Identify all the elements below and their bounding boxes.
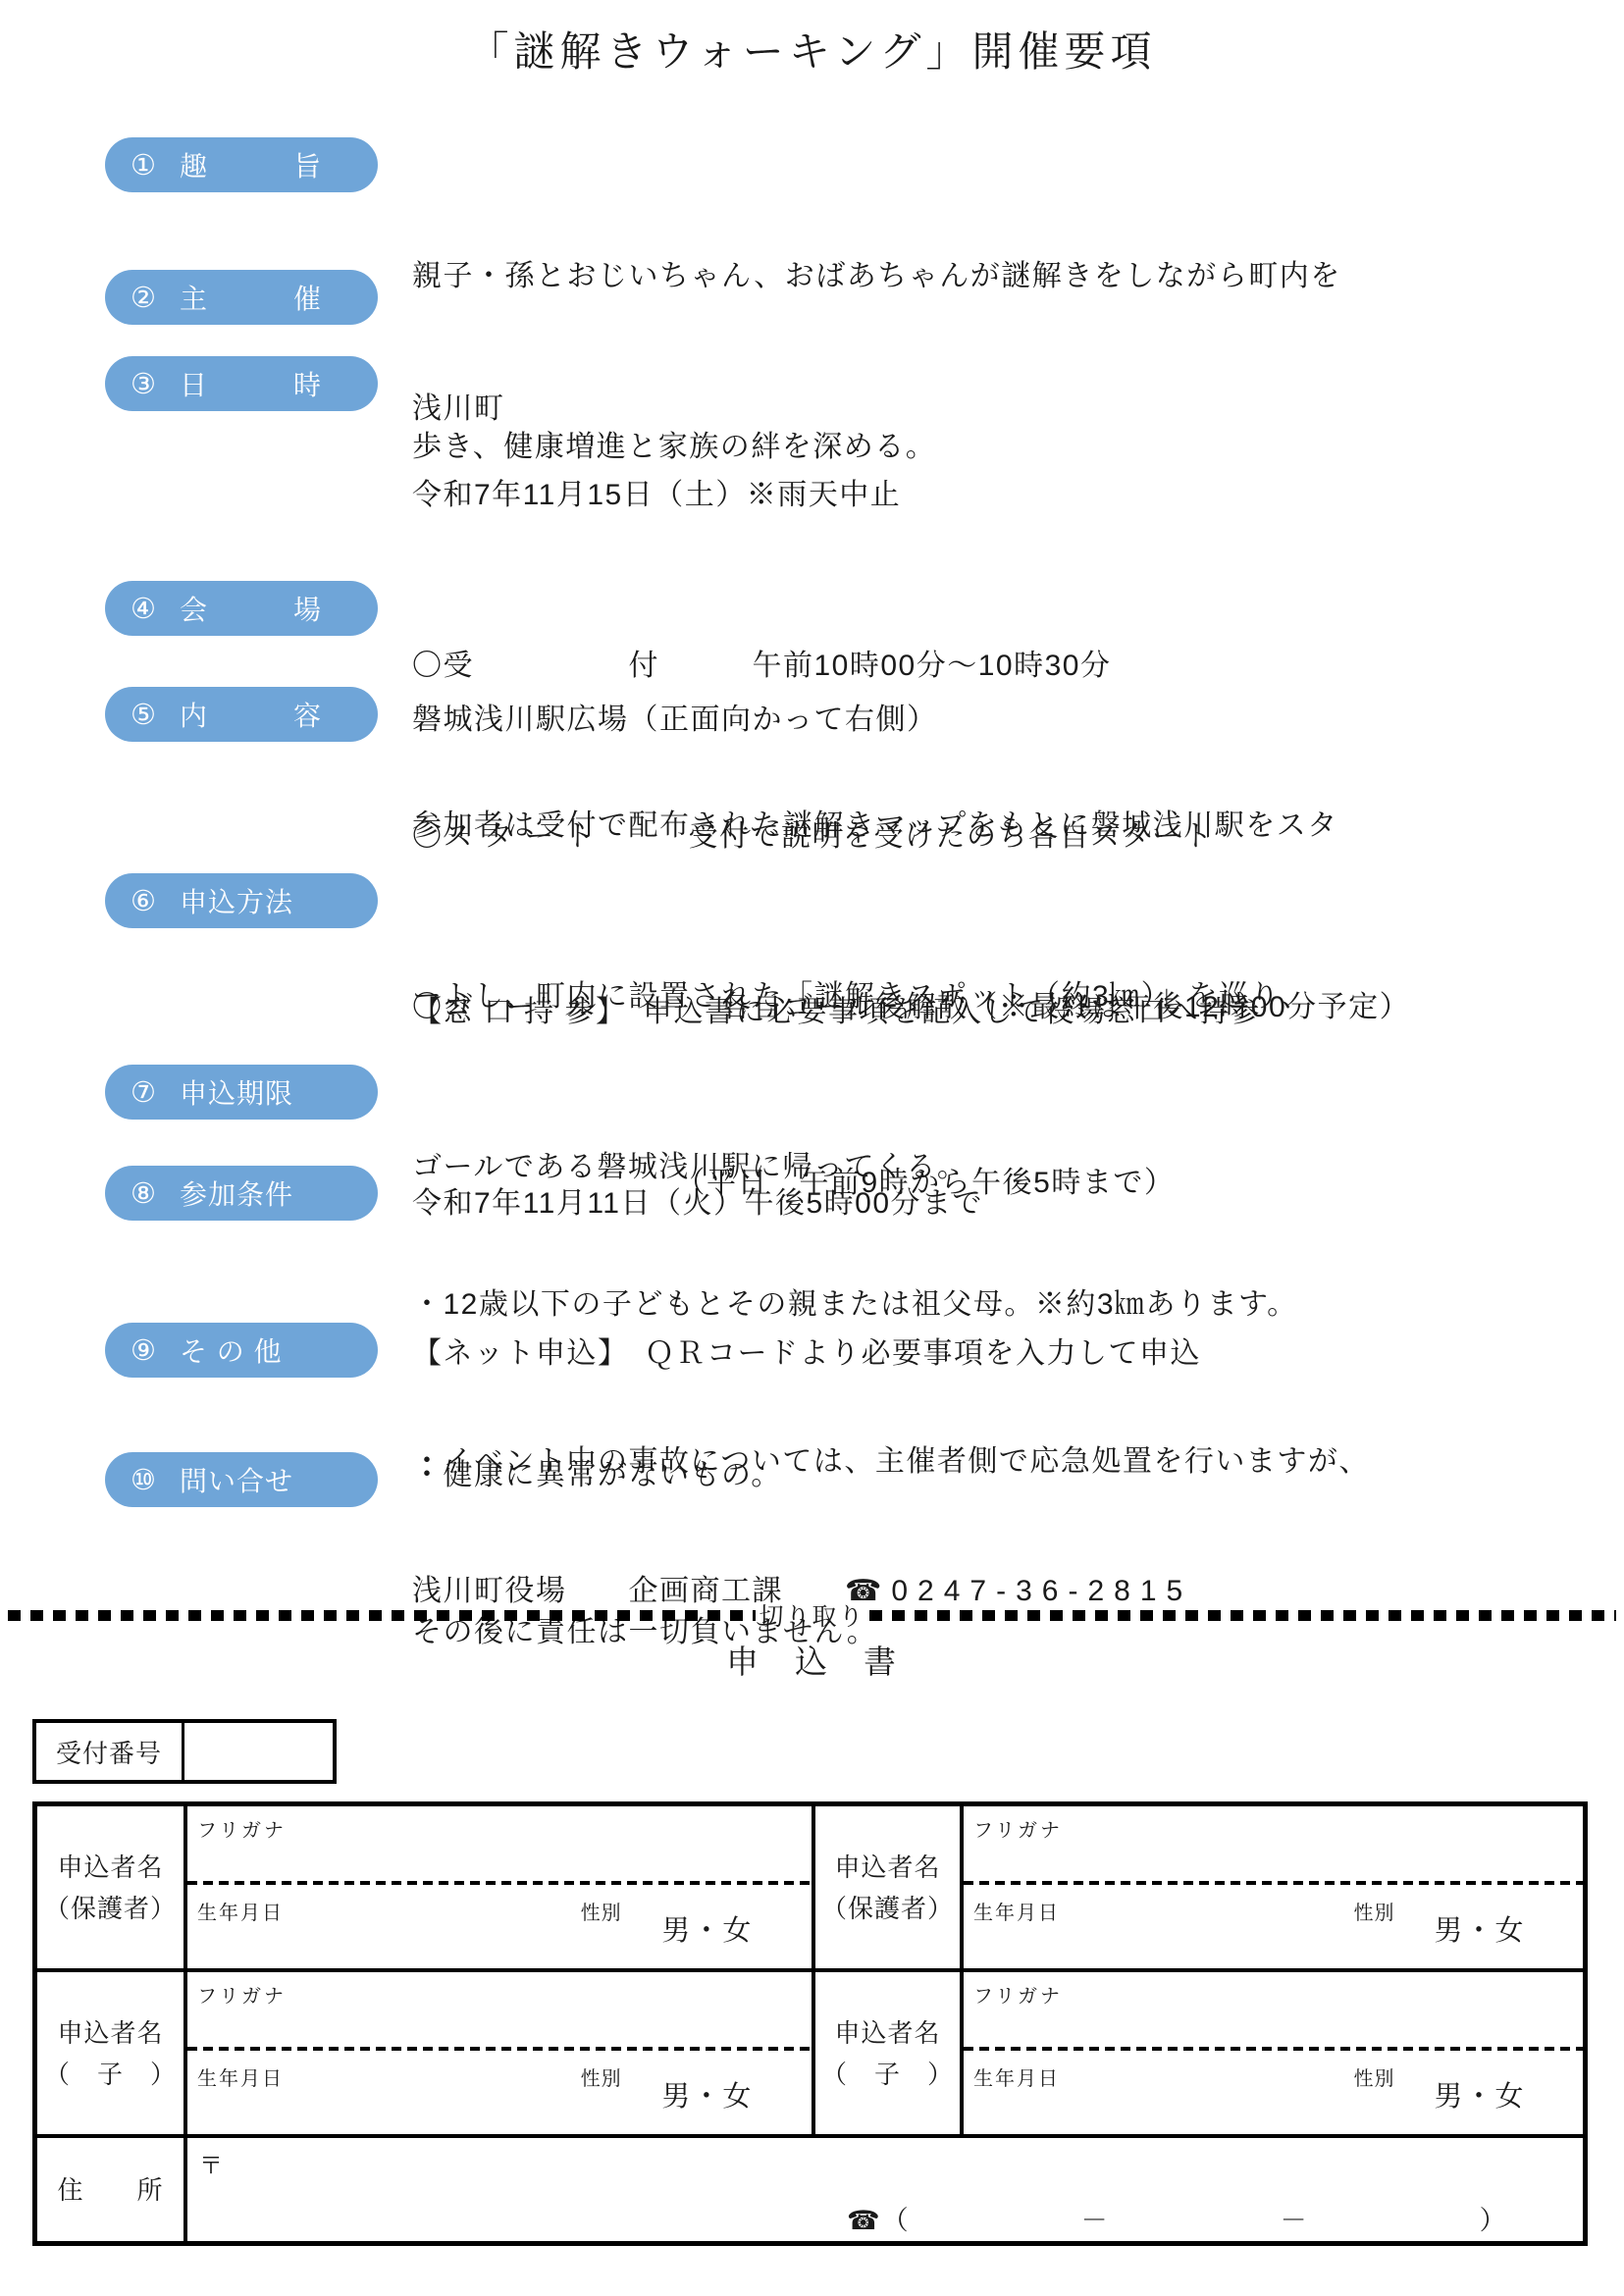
applicant-child-label-right: 申込者名 （ 子 ） <box>812 1968 960 2134</box>
item-3-number: ③ <box>131 367 156 401</box>
item-5-pill: ⑤ 内 容 <box>105 687 378 742</box>
item-10-heading: 問い合せ <box>180 1460 293 1499</box>
page-title: 「謎解きウォーキング」開催要項 <box>0 20 1624 78</box>
cut-line: 切り取り <box>8 1597 1616 1633</box>
item-10-pill: ⑩ 問い合せ <box>105 1452 378 1507</box>
item-4-heading: 会 場 <box>180 589 322 628</box>
item-9-heading: そ の 他 <box>180 1331 283 1370</box>
item-3-heading: 日 時 <box>180 364 322 403</box>
item-10-number: ⑩ <box>131 1463 156 1497</box>
applicant-label-line1: 申込者名 <box>57 2012 163 2054</box>
item-4-number: ④ <box>131 592 156 626</box>
cell-divider <box>187 1881 812 1885</box>
item-8-heading: 参加条件 <box>180 1174 293 1213</box>
furigana-label: フリガナ <box>197 1814 287 1843</box>
item-9-number: ⑨ <box>131 1333 156 1368</box>
reception-number-label: 受付番号 <box>36 1723 184 1780</box>
item-6-number: ⑥ <box>131 884 156 918</box>
cell-divider <box>964 1881 1583 1885</box>
applicant-parent-fields-right: フリガナ 生年月日 性別 男・女 <box>960 1806 1583 1968</box>
gender-options: 男・女 <box>661 1908 753 1949</box>
application-form-title: 申 込 書 <box>0 1637 1624 1683</box>
phone-fill-line: ☎（ － － ） <box>847 2199 1508 2237</box>
item-3-pill: ③ 日 時 <box>105 356 378 411</box>
applicant-label-line2: （保護者） <box>44 1888 177 1929</box>
reception-number-value <box>184 1723 333 1780</box>
gender-label: 性別 <box>581 1897 622 1925</box>
birthdate-label: 生年月日 <box>197 1897 284 1925</box>
applicant-child-fields-right: フリガナ 生年月日 性別 男・女 <box>960 1968 1583 2134</box>
applicant-label-line2: （保護者） <box>821 1888 954 1929</box>
cut-dash-right <box>869 1610 1617 1621</box>
applicant-parent-label-right: 申込者名 （保護者） <box>812 1806 960 1968</box>
gender-options: 男・女 <box>661 2074 753 2114</box>
gender-label: 性別 <box>1354 1897 1395 1925</box>
applicant-parent-label-left: 申込者名 （保護者） <box>37 1806 183 1968</box>
document-page: 「謎解きウォーキング」開催要項 ① 趣 旨 親子・孫とおじいちゃん、おばあちゃん… <box>0 0 1624 2296</box>
item-6-heading: 申込方法 <box>180 881 293 920</box>
reception-number-box: 受付番号 <box>32 1719 337 1784</box>
cell-divider <box>187 2047 812 2051</box>
item-7-pill: ⑦ 申込期限 <box>105 1065 378 1120</box>
applicant-child-label-left: 申込者名 （ 子 ） <box>37 1968 183 2134</box>
applicant-label-line1: 申込者名 <box>57 1847 163 1888</box>
address-field: 〒 ☎（ － － ） <box>183 2134 1583 2241</box>
gender-label: 性別 <box>1354 2062 1395 2091</box>
gender-options: 男・女 <box>1435 1908 1526 1949</box>
item-2-heading: 主 催 <box>180 278 322 317</box>
item-8-pill: ⑧ 参加条件 <box>105 1166 378 1221</box>
text-line: 【窓 口 持 参】 申込書に必要事項を記入して役場窓口へ持参 <box>412 984 1599 1041</box>
item-8-number: ⑧ <box>131 1176 156 1211</box>
address-label: 住 所 <box>57 2169 163 2211</box>
furigana-label: フリガナ <box>973 1980 1063 2009</box>
item-7-heading: 申込期限 <box>180 1072 293 1112</box>
postal-mark: 〒 <box>199 2146 223 2180</box>
applicant-child-fields-left: フリガナ 生年月日 性別 男・女 <box>183 1968 812 2134</box>
applicant-label-line2: （ 子 ） <box>821 2054 954 2095</box>
item-1-number: ① <box>131 148 156 183</box>
item-6-pill: ⑥ 申込方法 <box>105 873 378 928</box>
text-line: 参加者は受付で配布された謎解きマップをもとに磐城浅川駅をスタ <box>412 798 1599 855</box>
gender-label: 性別 <box>581 2062 622 2091</box>
text-line: 令和7年11月15日（土）※雨天中止 <box>412 467 1599 524</box>
item-4-pill: ④ 会 場 <box>105 581 378 636</box>
item-7-number: ⑦ <box>131 1075 156 1110</box>
applicant-label-line2: （ 子 ） <box>44 2054 177 2095</box>
applicant-parent-fields-left: フリガナ 生年月日 性別 男・女 <box>183 1806 812 1968</box>
item-1-heading: 趣 旨 <box>180 145 322 184</box>
applicant-label-line1: 申込者名 <box>834 1847 940 1888</box>
applicant-label-line1: 申込者名 <box>834 2012 940 2054</box>
birthdate-label: 生年月日 <box>973 2062 1060 2091</box>
item-1-pill: ① 趣 旨 <box>105 137 378 192</box>
birthdate-label: 生年月日 <box>973 1897 1060 1925</box>
cell-divider <box>964 2047 1583 2051</box>
furigana-label: フリガナ <box>973 1814 1063 1843</box>
item-9-pill: ⑨ そ の 他 <box>105 1323 378 1378</box>
application-form-table: 申込者名 （保護者） フリガナ 生年月日 性別 男・女 申込者名 （保護者） フ… <box>32 1801 1588 2246</box>
item-5-heading: 内 容 <box>180 695 322 734</box>
gender-options: 男・女 <box>1435 2074 1526 2114</box>
item-5-number: ⑤ <box>131 698 156 732</box>
item-2-number: ② <box>131 281 156 315</box>
item-10-text: 浅川町役場 企画商工課 ☎0247-36-2815 <box>412 1449 1599 1734</box>
furigana-label: フリガナ <box>197 1980 287 2009</box>
item-2-pill: ② 主 催 <box>105 270 378 325</box>
birthdate-label: 生年月日 <box>197 2062 284 2091</box>
cut-line-label: 切り取り <box>756 1597 869 1633</box>
cut-dash-left <box>8 1610 756 1621</box>
address-label-cell: 住 所 <box>37 2134 183 2241</box>
